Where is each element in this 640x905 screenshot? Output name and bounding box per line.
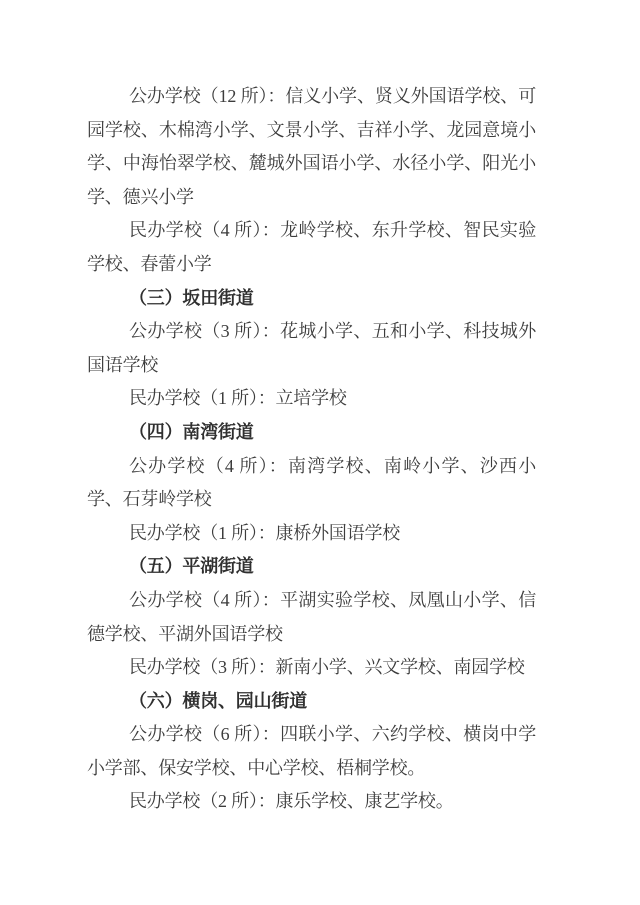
paragraph-public-schools-section2: 公办学校（12 所）：信义小学、贤义外国语学校、可园学校、木棉湾小学、文景小学、… [87,80,536,214]
paragraph-private-schools-bantian: 民办学校（1 所）：立培学校 [87,382,536,416]
paragraph-public-schools-pinghu: 公办学校（4 所）：平湖实验学校、凤凰山小学、信德学校、平湖外国语学校 [87,584,536,651]
paragraph-private-schools-henggang: 民办学校（2 所）：康乐学校、康艺学校。 [87,785,536,819]
section-heading-bantian-subdistrict: （三）坂田街道 [87,282,536,316]
paragraph-private-schools-pinghu: 民办学校（3 所）：新南小学、兴文学校、南园学校 [87,651,536,685]
section-heading-pinghu-subdistrict: （五）平湖街道 [87,550,536,584]
section-heading-nanwan-subdistrict: （四）南湾街道 [87,416,536,450]
paragraph-private-schools-nanwan: 民办学校（1 所）：康桥外国语学校 [87,517,536,551]
paragraph-public-schools-nanwan: 公办学校（4 所）：南湾学校、南岭小学、沙西小学、石芽岭学校 [87,450,536,517]
paragraph-public-schools-bantian: 公办学校（3 所）：花城小学、五和小学、科技城外国语学校 [87,315,536,382]
paragraph-public-schools-henggang: 公办学校（6 所）：四联小学、六约学校、横岗中学小学部、保安学校、中心学校、梧桐… [87,718,536,785]
paragraph-private-schools-section2: 民办学校（4 所）：龙岭学校、东升学校、智民实验学校、春蕾小学 [87,214,536,281]
document-body: 公办学校（12 所）：信义小学、贤义外国语学校、可园学校、木棉湾小学、文景小学、… [87,80,536,819]
document-page: 公办学校（12 所）：信义小学、贤义外国语学校、可园学校、木棉湾小学、文景小学、… [0,0,640,905]
section-heading-henggang-yuanshan-subdistrict: （六）横岗、园山街道 [87,685,536,719]
